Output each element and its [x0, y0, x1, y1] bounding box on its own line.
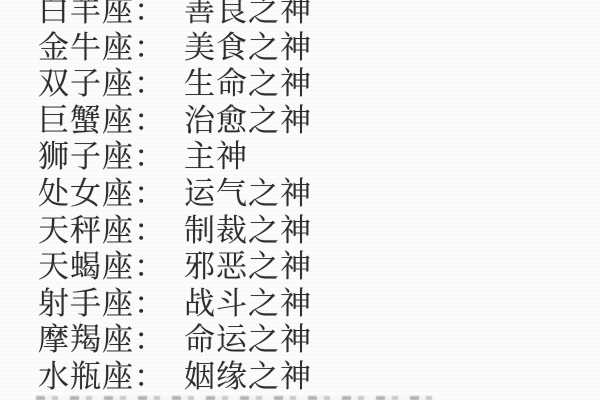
god-title-label: 战斗之神	[184, 286, 312, 323]
zodiac-sign-label: 天秤座：	[38, 213, 166, 250]
zodiac-sign-label: 摩羯座：	[38, 322, 166, 359]
zodiac-row: 处女座：运气之神	[38, 176, 312, 213]
god-title-label: 制裁之神	[184, 213, 312, 250]
zodiac-god-list-page: 白羊座：善良之神 金牛座：美食之神 双子座：生命之神 巨蟹座：治愈之神 狮子座：…	[0, 0, 600, 400]
zodiac-row: 巨蟹座：治愈之神	[38, 103, 312, 140]
zodiac-row: 双子座：生命之神	[38, 66, 312, 103]
god-title-label: 生命之神	[184, 66, 312, 103]
god-title-label: 治愈之神	[184, 103, 312, 140]
zodiac-row: 水瓶座：姻缘之神	[38, 359, 312, 396]
zodiac-god-list: 白羊座：善良之神 金牛座：美食之神 双子座：生命之神 巨蟹座：治愈之神 狮子座：…	[38, 0, 312, 396]
zodiac-sign-label: 白羊座：	[38, 0, 166, 30]
zodiac-row: 天蝎座：邪恶之神	[38, 249, 312, 286]
zodiac-sign-label: 天蝎座：	[38, 249, 166, 286]
zodiac-row: 白羊座：善良之神	[38, 0, 312, 30]
zodiac-row: 射手座：战斗之神	[38, 286, 312, 323]
god-title-label: 美食之神	[184, 30, 312, 67]
god-title-label: 邪恶之神	[184, 249, 312, 286]
god-title-label: 运气之神	[184, 176, 312, 213]
zodiac-sign-label: 双子座：	[38, 66, 166, 103]
zodiac-sign-label: 巨蟹座：	[38, 103, 166, 140]
god-title-label: 善良之神	[184, 0, 312, 30]
zodiac-sign-label: 金牛座：	[38, 30, 166, 67]
zodiac-sign-label: 处女座：	[38, 176, 166, 213]
cutoff-next-line-remnant	[36, 396, 436, 400]
zodiac-sign-label: 水瓶座：	[38, 359, 166, 396]
zodiac-row: 狮子座：主神	[38, 139, 312, 176]
zodiac-sign-label: 狮子座：	[38, 139, 166, 176]
zodiac-row: 摩羯座：命运之神	[38, 322, 312, 359]
god-title-label: 主神	[184, 139, 248, 176]
zodiac-row: 天秤座：制裁之神	[38, 213, 312, 250]
zodiac-sign-label: 射手座：	[38, 286, 166, 323]
zodiac-row: 金牛座：美食之神	[38, 30, 312, 67]
god-title-label: 命运之神	[184, 322, 312, 359]
god-title-label: 姻缘之神	[184, 359, 312, 396]
